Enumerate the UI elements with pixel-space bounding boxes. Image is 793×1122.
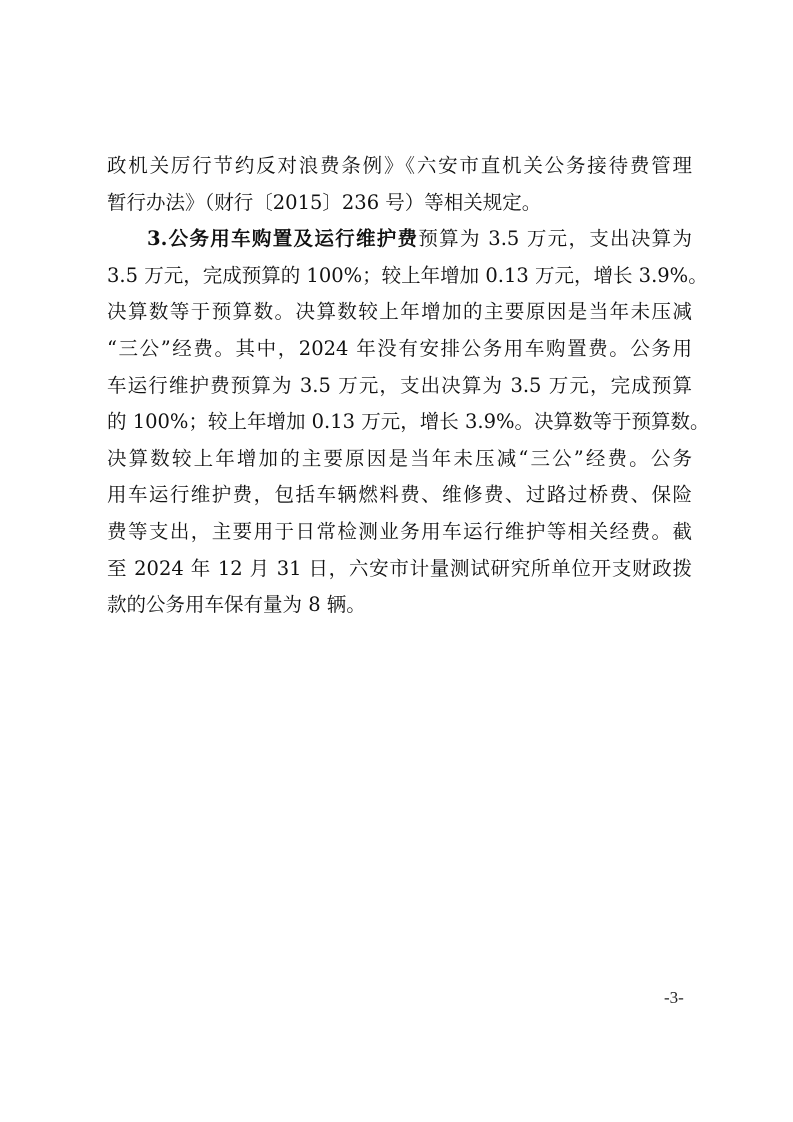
- text-line: 用车运行维护费，包括车辆燃料费、维修费、过路过桥费、保险: [107, 477, 692, 514]
- text-line: 决算数较上年增加的主要原因是当年未压减“三公”经费。公务: [107, 441, 692, 478]
- text-line: 的 100%；较上年增加 0.13 万元，增长 3.9%。决算数等于预算数。: [107, 404, 692, 441]
- text-line: 款的公务用车保有量为 8 辆。: [107, 587, 692, 624]
- text-fragment: 预算为 3.5 万元，支出决算为: [418, 227, 692, 250]
- text-line: 决算数等于预算数。决算数较上年增加的主要原因是当年未压减: [107, 294, 692, 331]
- document-page: 政机关厉行节约反对浪费条例》《六安市直机关公务接待费管理 暂行办法》（财行〔20…: [0, 0, 793, 1122]
- text-line: 3.5 万元，完成预算的 100%；较上年增加 0.13 万元，增长 3.9%。: [107, 258, 692, 295]
- text-line: 费等支出，主要用于日常检测业务用车运行维护等相关经费。截: [107, 514, 692, 551]
- text-line: 车运行维护费预算为 3.5 万元，支出决算为 3.5 万元，完成预算: [107, 368, 692, 405]
- text-line: “三公”经费。其中，2024 年没有安排公务用车购置费。公务用: [107, 331, 692, 368]
- text-line: 暂行办法》（财行〔2015〕236 号）等相关规定。: [107, 185, 692, 222]
- text-line: 政机关厉行节约反对浪费条例》《六安市直机关公务接待费管理: [107, 148, 692, 185]
- body-text: 政机关厉行节约反对浪费条例》《六安市直机关公务接待费管理 暂行办法》（财行〔20…: [107, 148, 692, 624]
- page-number: -3-: [664, 988, 684, 1008]
- text-line: 至 2024 年 12 月 31 日，六安市计量测试研究所单位开支财政拨: [107, 551, 692, 588]
- section-heading: 3.公务用车购置及运行维护费: [147, 227, 418, 250]
- section-heading-line: 3.公务用车购置及运行维护费预算为 3.5 万元，支出决算为: [107, 221, 692, 258]
